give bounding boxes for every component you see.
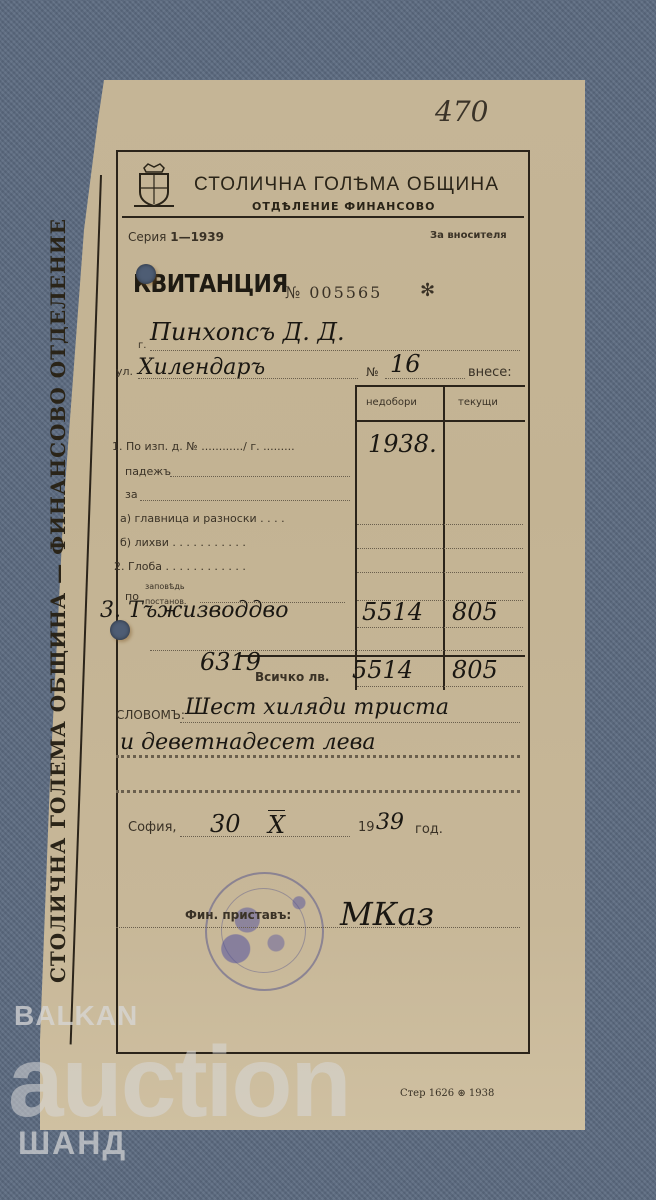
total-row-line — [357, 686, 523, 687]
column-divider — [443, 385, 445, 690]
punch-hole — [136, 264, 156, 284]
row-label-3: за — [125, 488, 138, 501]
total-label: Всичко лв. — [255, 670, 329, 684]
total-current: 805 — [452, 656, 498, 684]
payer-prefix: г. — [138, 340, 146, 351]
receipt-number: № 005565 — [285, 283, 382, 302]
year-suffix: 39 — [376, 810, 404, 835]
order-top: заповѣдь — [145, 582, 185, 591]
printer-mark: Стер 1626 ⊛ 1938 — [400, 1088, 494, 1099]
payer-name-line — [150, 350, 520, 351]
table-header-border — [355, 420, 525, 422]
watermark-auction: auction — [8, 1025, 350, 1140]
current-value: 805 — [452, 598, 498, 626]
row-line — [170, 476, 350, 477]
receipt-title: КВИТАНЦИЯ — [133, 270, 288, 299]
watermark-shand: ШАНД — [18, 1125, 127, 1162]
stamp-inner-ring — [221, 888, 306, 973]
in-words-label: СЛОВОМЪ: — [116, 708, 185, 722]
street-line — [138, 378, 358, 379]
row-label-handwritten: 3. Тъжизводдво — [100, 598, 288, 623]
arrears-year: 1938. — [368, 430, 437, 458]
place-label: София, — [128, 820, 177, 835]
series-label: Серия — [128, 230, 166, 244]
signature-line — [116, 927, 520, 928]
table-row-line — [357, 524, 523, 525]
printer-year: 1938 — [469, 1088, 494, 1099]
year-label: год. — [415, 822, 443, 837]
words-line — [116, 790, 520, 793]
official-label: Фин. приставъ: — [185, 908, 291, 922]
payer-name: Пинхопсъ Д. Д. — [150, 318, 345, 346]
table-row-line — [357, 548, 523, 549]
date-month: X — [268, 810, 285, 839]
official-stamp — [205, 872, 324, 991]
series: Серия 1—1939 — [128, 230, 224, 244]
words-line — [180, 722, 520, 723]
year-prefix: 19 — [358, 820, 375, 835]
row-line — [140, 500, 350, 501]
printer-number: 1626 — [429, 1088, 454, 1099]
street-prefix: ул. — [116, 365, 133, 378]
total-handwritten: 6319 — [200, 648, 261, 676]
bearer-label: За вносителя — [430, 230, 507, 241]
printer-label: Стер — [400, 1088, 426, 1099]
in-words-line2: и деветнадесет лева — [120, 730, 376, 755]
total-arrears: 5514 — [352, 656, 413, 684]
house-no-value: 16 — [390, 350, 421, 378]
row-label-2: падежъ — [125, 465, 171, 478]
date-day: 30 — [210, 810, 241, 838]
table-top-border — [355, 385, 525, 387]
organization-name: СТОЛИЧНА ГОЛѢМА ОБЩИНА — [194, 174, 499, 196]
deposits-label: внесе: — [468, 365, 512, 380]
in-words-line1: Шест хиляди триста — [185, 695, 449, 720]
column-header-current: текущи — [458, 397, 498, 408]
date-line — [180, 836, 350, 837]
stub-vertical-text: СТОЛИЧНА ГОЛЕМА ОБЩИНА — ФИНАНСОВО ОТДЕЛ… — [28, 160, 88, 1040]
arrears-value: 5514 — [362, 598, 423, 626]
table-row-line — [357, 627, 523, 628]
signature: МКаз — [340, 895, 434, 933]
street-value: Хилендаръ — [138, 355, 265, 380]
house-no-line — [385, 378, 465, 379]
asterisk-icon: ✻ — [420, 280, 435, 301]
row-label-4: а) главница и разноски . . . . — [120, 512, 285, 525]
department-name: ОТДѢЛЕНИЕ ФИНАНСОВО — [252, 200, 436, 213]
column-header-arrears: недобори — [366, 397, 417, 408]
table-row-line — [357, 572, 523, 573]
printer-logo-icon: ⊛ — [457, 1088, 465, 1099]
receipt-header: СТОЛИЧНА ГОЛѢМА ОБЩИНА ОТДѢЛЕНИЕ ФИНАНСО… — [122, 154, 524, 218]
punch-hole — [110, 620, 130, 640]
coat-of-arms-icon — [130, 162, 178, 210]
corner-annotation: 470 — [435, 95, 488, 128]
row-label-5: б) лихви . . . . . . . . . . . — [120, 536, 246, 549]
house-no-label: № — [366, 365, 378, 379]
words-line — [116, 755, 520, 758]
series-value: 1—1939 — [170, 230, 224, 244]
row-label-1: 1. По изп. д. № ............/ г. .......… — [112, 440, 295, 453]
row-label-6: 2. Глоба . . . . . . . . . . . . — [114, 560, 246, 573]
